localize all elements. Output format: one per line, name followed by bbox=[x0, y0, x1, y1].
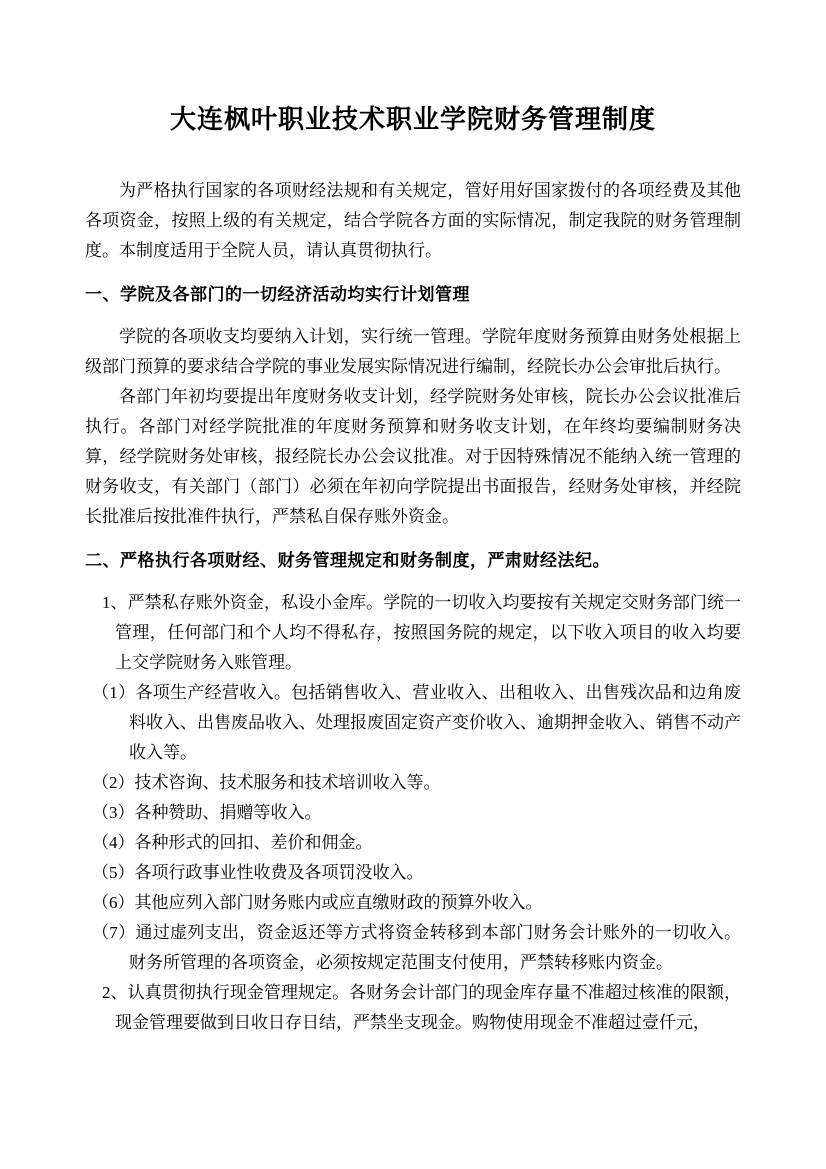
sub-list-item-6-text: 其他应列入部门财务账内或应直缴财政的预算外收入。 bbox=[135, 893, 543, 912]
sub-list-item-6: （6）其他应列入部门财务账内或应直缴财政的预算外收入。 bbox=[85, 888, 741, 918]
list-item-1: 1、严禁私存账外资金，私设小金库。学院的一切收入均要按有关规定交财务部门统一管理… bbox=[85, 588, 741, 678]
section-1-paragraph-2: 各部门年初均要提出年度财务收支计划，经学院财务处审核，院长办公会议批准后执行。各… bbox=[85, 382, 741, 532]
intro-paragraph: 为严格执行国家的各项财经法规和有关规定，管好用好国家拨付的各项经费及其他各项资金… bbox=[85, 176, 741, 266]
document-page: 大连枫叶职业技术职业学院财务管理制度 为严格执行国家的各项财经法规和有关规定，管… bbox=[0, 0, 826, 1169]
sub-list-item-2-label: （2） bbox=[92, 773, 135, 792]
sub-list-item-1-label: （1） bbox=[92, 683, 135, 702]
sub-list-item-5-label: （5） bbox=[92, 863, 135, 882]
sub-list-item-7-label: （7） bbox=[92, 923, 135, 942]
section-2-heading: 二、严格执行各项财经、财务管理规定和财务制度，严肃财经法纪。 bbox=[85, 546, 741, 576]
list-item-1-text: 严禁私存账外资金，私设小金库。学院的一切收入均要按有关规定交财务部门统一管理，任… bbox=[115, 593, 741, 672]
sub-list-item-4-text: 各种形式的回扣、差价和佣金。 bbox=[135, 833, 373, 852]
sub-list-item-2: （2）技术咨询、技术服务和技术培训收入等。 bbox=[85, 768, 741, 798]
sub-list-item-7-text: 通过虚列支出，资金返还等方式将资金转移到本部门财务会计账外的一切收入。财务所管理… bbox=[129, 923, 741, 972]
sub-list-item-3: （3）各种赞助、捐赠等收入。 bbox=[85, 798, 741, 828]
list-item-2: 2、认真贯彻执行现金管理规定。各财务会计部门的现金库存量不准超过核准的限额，现金… bbox=[85, 978, 741, 1038]
document-title: 大连枫叶职业技术职业学院财务管理制度 bbox=[85, 100, 741, 140]
section-1-paragraph-1: 学院的各项收支均要纳入计划，实行统一管理。学院年度财务预算由财务处根据上级部门预… bbox=[85, 322, 741, 382]
list-item-2-label: 2、 bbox=[102, 983, 128, 1002]
sub-list-item-3-text: 各种赞助、捐赠等收入。 bbox=[135, 803, 322, 822]
sub-list-item-1-text: 各项生产经营收入。包括销售收入、营业收入、出租收入、出售残次品和边角废料收入、出… bbox=[129, 683, 741, 762]
sub-list-item-2-text: 技术咨询、技术服务和技术培训收入等。 bbox=[135, 773, 441, 792]
section-1-heading: 一、学院及各部门的一切经济活动均实行计划管理 bbox=[85, 280, 741, 310]
list-item-1-label: 1、 bbox=[102, 593, 128, 612]
sub-list-item-4-label: （4） bbox=[92, 833, 135, 852]
sub-list-item-5: （5）各项行政事业性收费及各项罚没收入。 bbox=[85, 858, 741, 888]
sub-list-item-5-text: 各项行政事业性收费及各项罚没收入。 bbox=[135, 863, 424, 882]
sub-list-item-3-label: （3） bbox=[92, 803, 135, 822]
list-item-2-text: 认真贯彻执行现金管理规定。各财务会计部门的现金库存量不准超过核准的限额，现金管理… bbox=[115, 983, 741, 1032]
sub-list-item-7: （7）通过虚列支出，资金返还等方式将资金转移到本部门财务会计账外的一切收入。财务… bbox=[85, 918, 741, 978]
sub-list-item-6-label: （6） bbox=[92, 893, 135, 912]
sub-list-item-1: （1）各项生产经营收入。包括销售收入、营业收入、出租收入、出售残次品和边角废料收… bbox=[85, 678, 741, 768]
sub-list-item-4: （4）各种形式的回扣、差价和佣金。 bbox=[85, 828, 741, 858]
